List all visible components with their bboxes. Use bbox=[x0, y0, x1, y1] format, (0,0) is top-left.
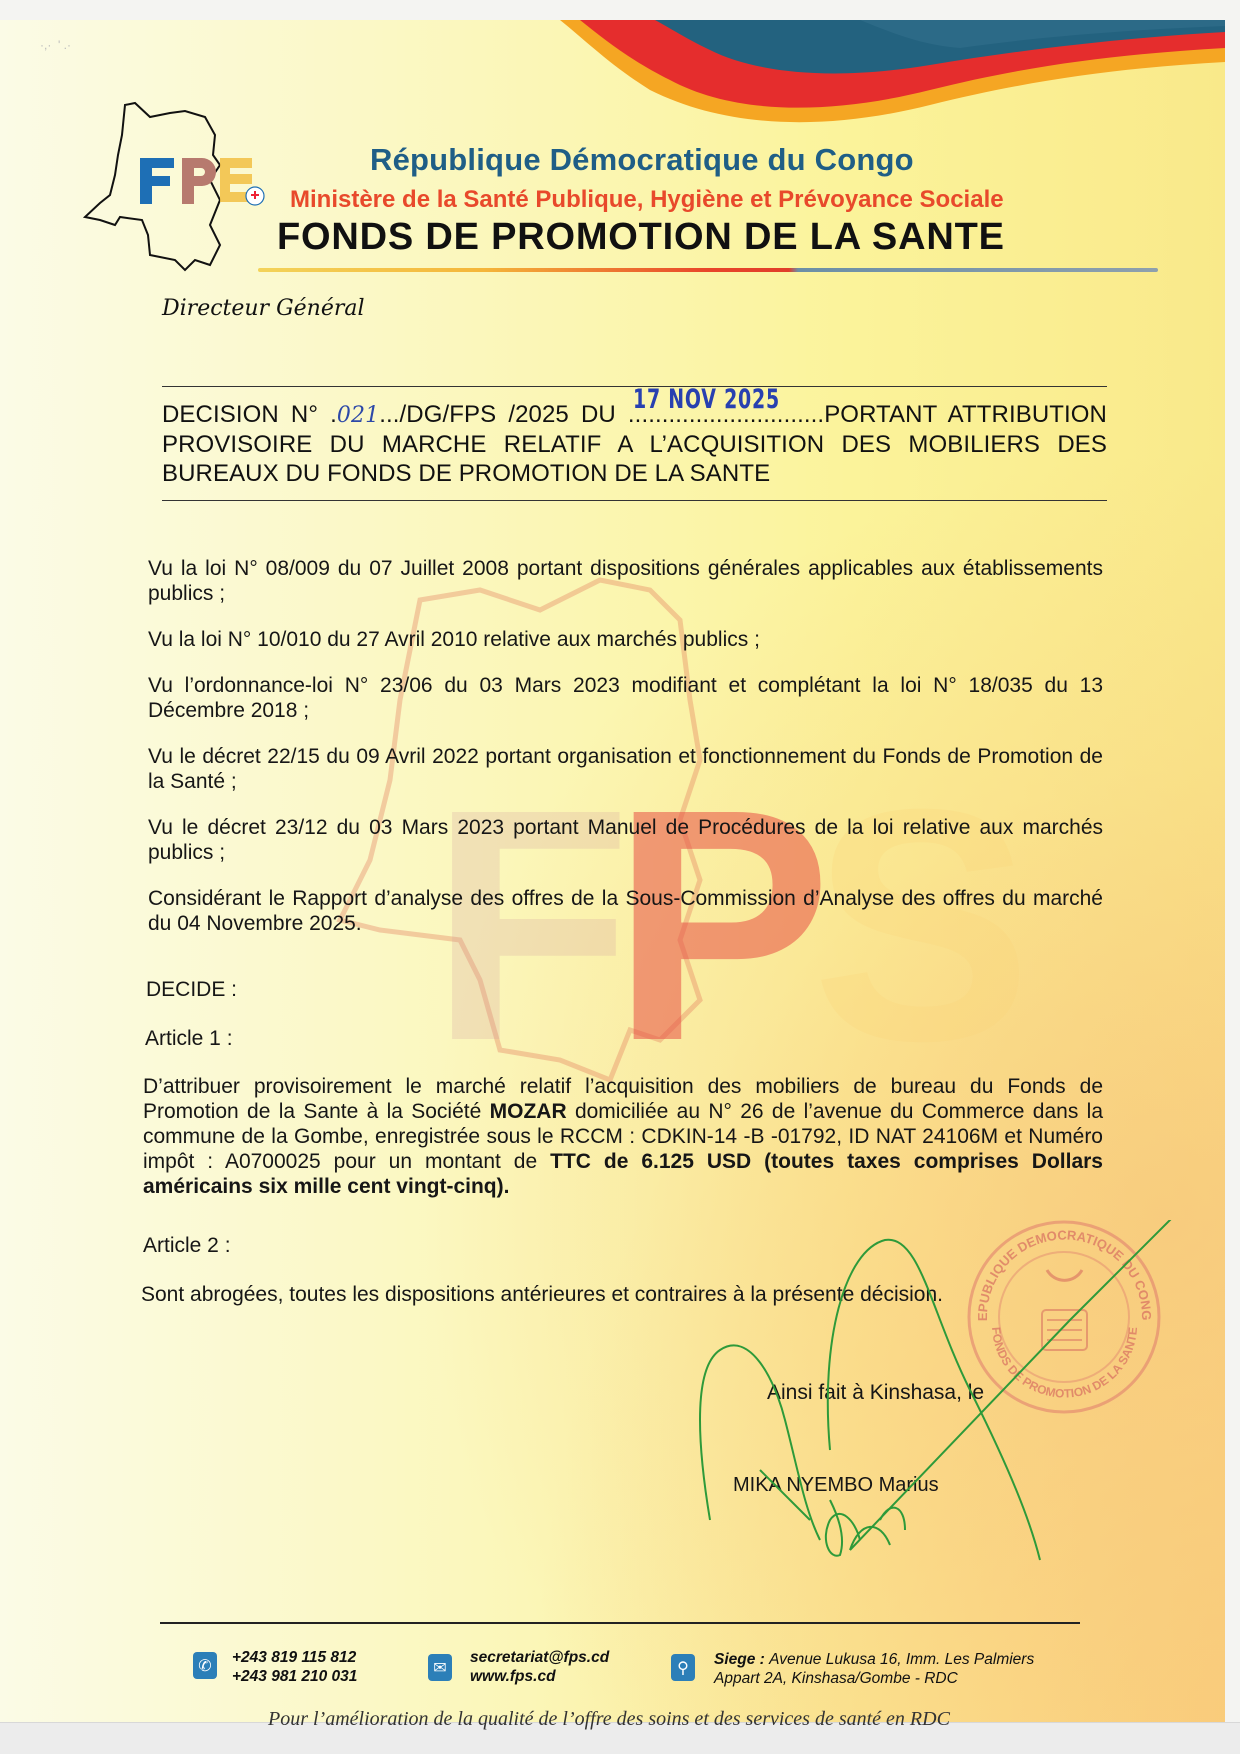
country-name: République Démocratique du Congo bbox=[370, 142, 914, 178]
mail-icon: ✉ bbox=[428, 1654, 452, 1681]
article1-text: D’attribuer provisoirement le marché rel… bbox=[143, 1074, 1103, 1199]
consideration-item: Vu le décret 22/15 du 09 Avril 2022 port… bbox=[148, 744, 1103, 794]
footer-contact: secretariat@fps.cd www.fps.cd bbox=[470, 1648, 609, 1686]
decision-title: DECISION N° .021.../DG/FPS /2025 DU ....… bbox=[162, 400, 1107, 488]
decision-ref: /DG/FPS /2025 DU bbox=[400, 401, 616, 428]
consideration-item: Vu le décret 23/12 du 03 Mars 2023 porta… bbox=[148, 815, 1103, 865]
consideration-item: Vu la loi N° 10/010 du 27 Avril 2010 rel… bbox=[148, 627, 1103, 652]
footer-email[interactable]: secretariat@fps.cd bbox=[470, 1648, 609, 1667]
article1-label: Article 1 : bbox=[145, 1026, 1100, 1051]
company-name: MOZAR bbox=[490, 1100, 567, 1123]
title-line3: BUREAUX DU FONDS DE PROMOTION DE LA SANT… bbox=[162, 459, 1107, 488]
office-title: Directeur Général bbox=[162, 296, 365, 321]
title-line1-tail: PORTANT ATTRIBUTION bbox=[824, 401, 1107, 428]
footer-address: Siege : Avenue Lukusa 16, Imm. Les Palmi… bbox=[714, 1650, 1034, 1688]
decision-number: 021 bbox=[337, 403, 379, 428]
footer-rule bbox=[160, 1622, 1080, 1624]
footer-phones: +243 819 115 812 +243 981 210 031 bbox=[232, 1648, 357, 1686]
consideration-item: Considérant le Rapport d’analyse des off… bbox=[148, 886, 1103, 936]
footer-tagline: Pour l’amélioration de la qualité de l’o… bbox=[268, 1708, 950, 1731]
header-wave-banner bbox=[560, 20, 1225, 130]
consideration-item: Vu l’ordonnance-loi N° 23/06 du 03 Mars … bbox=[148, 673, 1103, 723]
scan-marks: ·,· ' .· bbox=[40, 38, 71, 52]
footer-website[interactable]: www.fps.cd bbox=[470, 1667, 609, 1686]
decide-label: DECIDE : bbox=[146, 977, 1101, 1002]
phone-2[interactable]: +243 981 210 031 bbox=[232, 1667, 357, 1686]
handwritten-signature bbox=[680, 1220, 1200, 1580]
header-rule bbox=[258, 268, 1158, 272]
decision-prefix: DECISION N° bbox=[162, 401, 318, 428]
ministry-name: Ministère de la Santé Publique, Hygiène … bbox=[290, 186, 1004, 214]
phone-1[interactable]: +243 819 115 812 bbox=[232, 1648, 357, 1667]
location-pin-icon: ⚲ bbox=[671, 1654, 695, 1681]
address-line2: Appart 2A, Kinshasa/Gombe - RDC bbox=[714, 1669, 1034, 1688]
phone-icon: ✆ bbox=[193, 1652, 217, 1679]
considerations: Vu la loi N° 08/009 du 07 Juillet 2008 p… bbox=[148, 556, 1103, 936]
organization-name: FONDS DE PROMOTION DE LA SANTE bbox=[277, 216, 1005, 259]
consideration-item: Vu la loi N° 08/009 du 07 Juillet 2008 p… bbox=[148, 556, 1103, 606]
title-line2: PROVISOIRE DU MARCHE RELATIF A L’ACQUISI… bbox=[162, 430, 1107, 459]
address-label: Siege : bbox=[714, 1651, 765, 1668]
fps-logo bbox=[135, 148, 285, 218]
address-line1: Avenue Lukusa 16, Imm. Les Palmiers bbox=[769, 1651, 1034, 1668]
title-bottom-rule bbox=[162, 500, 1107, 501]
